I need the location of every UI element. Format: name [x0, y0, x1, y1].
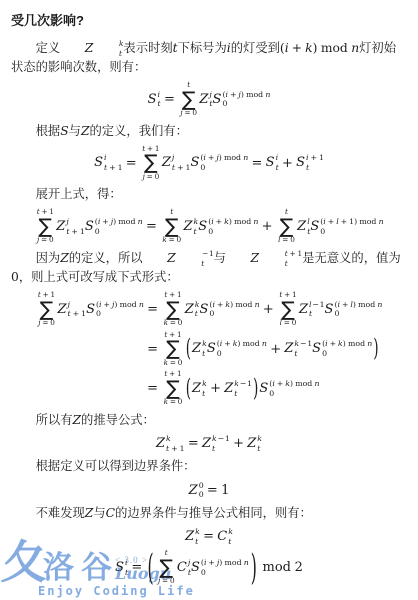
formula-line-lhs	[36, 331, 144, 368]
formula-line-rhs: =t+1∑k=0(ZktS(i+k)modn0+Zk−1tS(i+k)modn0…	[144, 331, 383, 368]
paragraph: 定义Zkt表示时刻t下标号为i的灯受到(i+k)modn灯初始状态的影响次数，则…	[11, 39, 407, 77]
content-blocks: 定义Zkt表示时刻t下标号为i的灯受到(i+k)modn灯初始状态的影响次数，则…	[11, 39, 407, 586]
inline-math: Z	[60, 251, 69, 265]
formula-line-rhs: =t+1∑k=0ZktS(i+k)modn0+t+1∑l=0Zl−1tS(i+l…	[144, 291, 383, 328]
display-formula: Sit+1=t+1∑j=0Zjt+1S(i+j)modn0=Sit+Si+1t	[11, 145, 407, 182]
paragraph: 所以有Z的推导公式：	[11, 411, 407, 430]
inline-math: (i+k)modn	[280, 41, 359, 55]
paragraph: 不难发现Z与C的边界条件与推导公式相同，则有：	[11, 504, 407, 523]
display-formula: Z00=1	[11, 481, 407, 500]
page-title: 受几次影响?	[11, 10, 407, 29]
formula-line-lhs	[36, 370, 144, 407]
display-formula: Zkt=Ckt	[11, 527, 407, 546]
formula-line-rhs: =t+1∑k=0(Zkt+Zk−1t)S(i+k)modn0	[144, 370, 383, 407]
inline-math: 0	[11, 270, 19, 284]
inline-math: Z	[81, 124, 90, 138]
inline-math: Z	[73, 413, 82, 427]
display-formula: t+1∑j=0Zjt+1S(i+j)modn0=t∑k=0ZktS(i+k)mo…	[11, 208, 407, 245]
document-page: { "page": { "background": "#ffffff", "te…	[0, 0, 418, 600]
inline-math: Z−1t	[143, 251, 214, 265]
inline-math: Zt+1t	[226, 251, 302, 265]
inline-math: S	[60, 124, 68, 138]
paragraph: 根据定义可以得到边界条件：	[11, 457, 407, 476]
inline-math: C	[106, 506, 115, 520]
formula-line-lhs: t+1∑j=0Zjt+1S(i+j)modn0	[36, 291, 144, 328]
document-body: 受几次影响? 定义Zkt表示时刻t下标号为i的灯受到(i+k)modn灯初始状态…	[0, 0, 418, 586]
display-formula: Sit=(t∑j=0CjtS(i+j)modn0)mod2	[11, 549, 407, 586]
paragraph: 因为Z的定义，所以Z−1t与Zt+1t是无意义的，值为0，则上式可改写成下式形式…	[11, 249, 407, 287]
display-formula: Sit=t∑j=0ZjtS(i+j)modn0	[11, 81, 407, 118]
paragraph: 展开上式，得：	[11, 185, 407, 204]
inline-math: Zkt	[60, 41, 123, 55]
display-formula: Zkt+1=Zk−1t+Zkt	[11, 434, 407, 453]
paragraph: 根据S与Z的定义，我们有：	[11, 122, 407, 141]
luogu-slogan: Enjoy Coding Life	[38, 584, 195, 598]
aligned-formula-block: t+1∑j=0Zjt+1S(i+j)modn0=t+1∑k=0ZktS(i+k)…	[36, 291, 383, 407]
